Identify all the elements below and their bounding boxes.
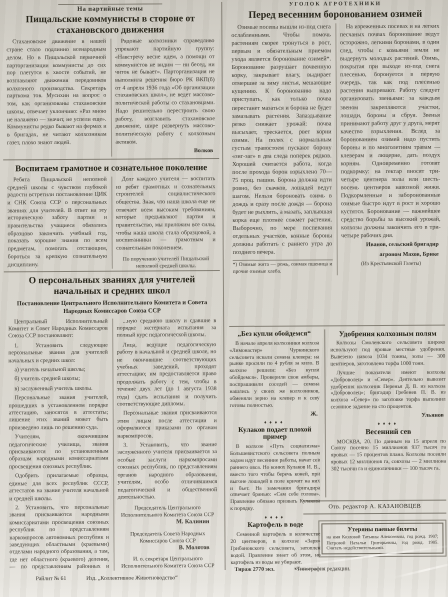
article-party-kicker: На партийные темы — [58, 5, 162, 13]
center-column-rule — [221, 2, 225, 570]
paragraph: Лучшие показатели имеют колхозы «Доброво… — [330, 369, 445, 411]
article-decree-body: Центральный Исполнительный Комитет и Сов… — [4, 318, 222, 572]
paragraph: Долг каждого учителя — воспитать из ребя… — [116, 176, 216, 254]
ornament: ♦♦♦♦ — [331, 421, 446, 427]
article-column: ...ную среднюю школу и сдавшие в порядке… — [112, 318, 222, 572]
article-party-body: Стахановское движение в нашей стране ста… — [2, 38, 219, 157]
ornament: ♦♦♦♦ — [230, 419, 320, 425]
paragraph: 3. Установить, что звание заслуженного у… — [117, 442, 217, 502]
article-column: Долг каждого учителя — воспитать из ребя… — [111, 176, 220, 269]
article-udobreniya: Удобрения колхозным полям Колхозы Смолен… — [330, 330, 446, 420]
article-udobreniya-headline: Удобрения колхозным полям — [330, 330, 445, 339]
paragraph: Семенной картофель в количестве 20 центн… — [230, 531, 320, 566]
article-bez-kupli: „Без купли обойдемся“ В начале апреля ко… — [229, 330, 320, 417]
article-decree: О персональных званиях для учителей нача… — [4, 273, 222, 571]
article-agro-body: Озимые посевы вышли из-под снега ослабле… — [227, 23, 445, 276]
signature: Волков — [118, 148, 214, 156]
source-credit: (Из Крестьянской Газеты) — [341, 260, 441, 268]
paragraph: в) заслуженный учитель школы. — [9, 386, 109, 394]
divider — [3, 158, 219, 160]
subcolumn-left: „Без купли обойдемся“ В начале апреля ко… — [229, 329, 320, 570]
article-education-headline: Воспитаем грамотное и сознательное покол… — [5, 163, 217, 174]
paragraph: Лица, ведущие педагогическую работу в на… — [117, 342, 217, 409]
signatory: Председатель Совета Народных Комиссаров … — [118, 531, 218, 553]
article-education: Воспитаем грамотное и сознательное покол… — [3, 161, 220, 269]
signatory-name: В. Молотов — [118, 545, 218, 553]
imprint-tirazh: Тираж 2770 экз. — [235, 567, 275, 573]
subcolumn-right: Удобрения колхозным полям Колхозы Смолен… — [330, 329, 446, 498]
article-column: Стахановское движение в нашей стране ста… — [2, 39, 110, 157]
paragraph: Колхозы Смоленского сельсовета широко ис… — [330, 340, 445, 368]
article-column: Центральный Исполнительный Комитет и Сов… — [4, 318, 113, 571]
article-bez-kupli-headline: „Без купли обойдемся“ — [229, 330, 319, 338]
article-sev-headline: Весенний сев — [331, 428, 446, 437]
divider — [4, 270, 220, 272]
article-party: На партийные темы Пищальские коммунисты … — [2, 3, 219, 158]
footnote: *) Озимые жита — рожь, озимая пшеница и … — [233, 259, 333, 276]
paragraph: 1. Установить следующие персональные зва… — [8, 342, 108, 365]
paragraph: б) учитель средней школы; — [8, 376, 108, 384]
paragraph: ...ную среднюю школу и сдавшие в порядке… — [117, 318, 217, 341]
article-sev-body: МОСКВА, 20. По данным на 15 апреля по Со… — [331, 438, 446, 473]
article-kartofel-headline: Картофель в воде — [230, 522, 320, 530]
article-udobreniya-body: Колхозы Смоленского сельсовета широко ис… — [330, 340, 445, 412]
newspaper-page: На партийные темы Пищальские коммунисты … — [0, 0, 448, 597]
article-decree-headline: О персональных званиях для учителей нача… — [6, 275, 218, 297]
article-agro: УГОЛОК АГРОТЕХНИКИ Перед весенним бороно… — [227, 1, 445, 325]
signatory: И. о. секретаря Центрального Исполнитель… — [118, 556, 218, 571]
paragraph: МОСКВА, 20. По данным на 15 апреля по Со… — [331, 438, 446, 473]
signature: агроном Махов, Брике — [343, 251, 439, 259]
paragraph: 2. Установить, что персональные звания п… — [9, 505, 109, 572]
paper-sheet: На партийные темы Пищальские коммунисты … — [0, 0, 448, 597]
article-bez-kupli-body: В начале апреля колхозники колхоза «Лимо… — [229, 340, 319, 410]
article-column: Ребята Пищальской неполной средней школы… — [3, 177, 111, 270]
article-column: На изреженных посевах и на легких песчан… — [335, 23, 445, 276]
signatory-role: Председатель Центрального Исполнительног… — [118, 505, 218, 519]
signature: Ж. — [232, 411, 318, 418]
article-column: Озимые посевы вышли из-под снега ослабле… — [227, 24, 336, 276]
signatory-role: Председатель Совета Народных Комиссаров … — [118, 531, 218, 545]
paragraph: Стахановское движение в нашей стране ста… — [6, 39, 106, 147]
signature: Иванов, сельский бригадир — [343, 242, 439, 250]
signature: Ульянов — [333, 413, 444, 420]
kicker-rule: На партийные темы — [58, 3, 162, 13]
paragraph: а) учитель начальной школы; — [8, 367, 108, 375]
byline: По поручению учителей Пищальской неполно… — [116, 256, 216, 269]
signatory-role: И. о. секретаря Центрального Исполнитель… — [118, 556, 218, 570]
paragraph: Одобрить прилагаемые образцы, единые для… — [9, 473, 109, 503]
article-kulakov-headline: Кулаков подает плохой пример — [230, 426, 320, 442]
paragraph: В начале апреля колхозники колхоза «Лимо… — [229, 340, 319, 410]
paragraph: Персональные звания учителей, прошедших … — [9, 395, 109, 433]
paragraph: Учителям, окончившим педагогические учил… — [9, 434, 109, 472]
paragraph: Рядовые колхозники справедливо упрекают … — [115, 39, 215, 147]
article-party-headline: Пищальские коммунисты в стороне от стаха… — [4, 14, 216, 37]
article-agro-headline: Перед весенним боронованием озимей — [229, 9, 441, 21]
imprint-publisher: Изд. „Коллективное Животноводство“ — [86, 575, 177, 582]
paragraph: Озимые посевы вышли из-под снега ослабле… — [231, 24, 332, 258]
article-column: Рядовые колхозники справедливо упрекают … — [110, 38, 219, 156]
imprint-tipografia: Типография редакции. — [297, 566, 351, 572]
article-kartofel-body: Семенной картофель в количестве 20 центн… — [230, 531, 320, 566]
ornament: ♦♦♦♦ — [230, 515, 320, 521]
paragraph: Персональные звания присваиваются этим л… — [117, 410, 217, 440]
lost-tickets-title: Утеряны паевые билеты — [326, 526, 438, 534]
decree-paragraphs: ...ную среднюю школу и сдавшие в порядке… — [117, 318, 218, 502]
paragraph: Ребята Пищальской неполной средней школы… — [7, 177, 107, 270]
article-sev: Весенний сев МОСКВА, 20. По данным на 15… — [331, 428, 446, 474]
paragraph: На изреженных посевах и на легких песчан… — [340, 23, 441, 240]
divider — [229, 325, 445, 327]
paragraph: Центральный Исполнительный Комитет и Сов… — [8, 318, 108, 341]
signatory: Председатель Центрального Исполнительног… — [118, 505, 218, 527]
sub-column-rule — [324, 329, 326, 497]
editor-credit: Отв. редактор А. КАЗАНОВЦЕВ — [303, 500, 446, 515]
article-decree-subtitle: Постановление Центрального Исполнительно… — [14, 299, 210, 316]
imprint-left: Райлит № 61 Изд. „Коллективное Животново… — [6, 575, 252, 583]
imprint-rajlit: Райлит № 61 — [36, 576, 67, 582]
article-agro-kicker: УГОЛОК АГРОТЕХНИКИ — [227, 1, 443, 8]
article-education-body: Ребята Пищальской неполной средней школы… — [3, 176, 220, 269]
signatory-name: М. Калинин — [118, 519, 218, 527]
